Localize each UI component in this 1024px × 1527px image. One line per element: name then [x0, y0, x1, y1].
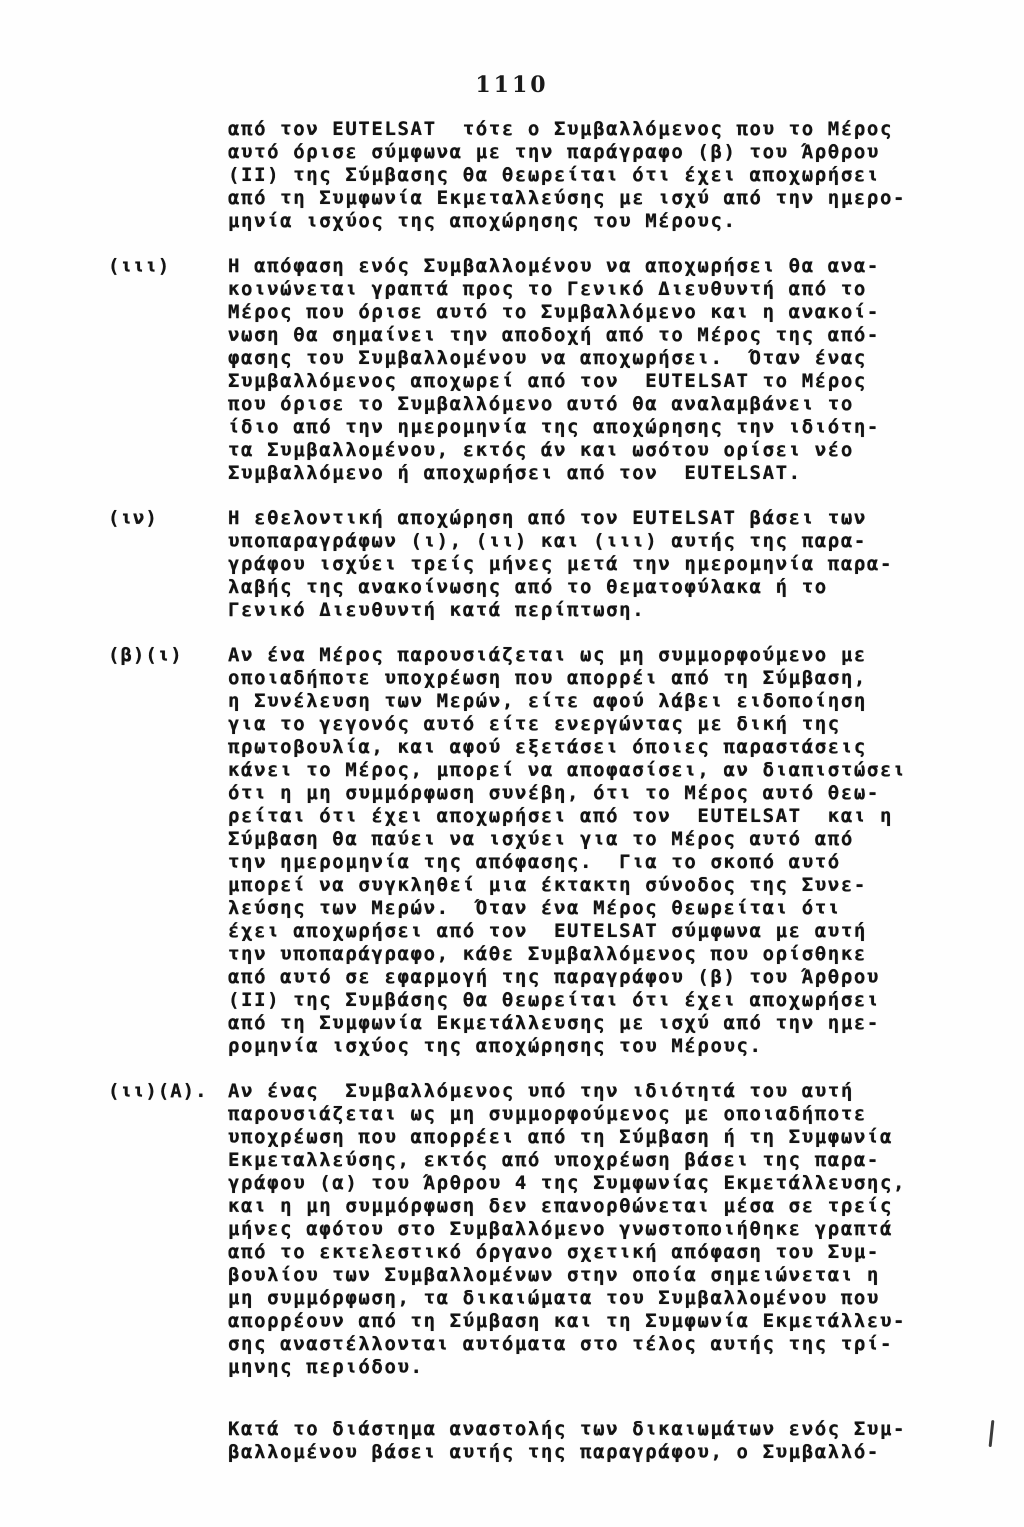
paragraph-block: (ιν)Η εθελοντική αποχώρηση από τον EUTEL… — [0, 507, 1024, 622]
text-line: γράφου ισχύει τρείς μήνες μετά την ημερο… — [228, 553, 1024, 576]
text-line: η Συνέλευση των Μερών, είτε αφού λάβει ε… — [228, 690, 1024, 713]
text-line: από το εκτελεστικό όργανο σχετική απόφασ… — [228, 1241, 1024, 1264]
paragraph-block: (ιι)(Α).Αν ένας Συμβαλλόμενος υπό την ιδ… — [0, 1080, 1024, 1379]
text-line: παρουσιάζεται ως μη συμμορφούμενος με οπ… — [228, 1103, 1024, 1126]
text-line: μηνης περιόδου. — [228, 1356, 1024, 1379]
text-line: ίδιο από την ημερομηνία της αποχώρησης τ… — [228, 416, 1024, 439]
text-line: μήνες αφότου στο Συμβαλλόμενο γνωστοποιή… — [228, 1218, 1024, 1241]
text-line: απορρέουν από τη Σύμβαση και τη Συμφωνία… — [228, 1310, 1024, 1333]
page-content: από τον EUTELSAT τότε ο Συμβαλλόμενος πο… — [0, 118, 1024, 1486]
text-line: Συμβαλλόμενο ή αποχωρήσει από τον EUTELS… — [228, 462, 1024, 485]
paragraph-text: Κατά το διάστημα αναστολής των δικαιωμάτ… — [228, 1418, 1024, 1464]
text-line: βαλλομένου βάσει αυτής της παραγράφου, ο… — [228, 1441, 1024, 1464]
text-line: ρομηνία ισχύος της αποχώρησης του Μέρους… — [228, 1035, 1024, 1058]
text-line: την ημερομηνία της απόφασης. Για το σκοπ… — [228, 851, 1024, 874]
text-line: οποιαδήποτε υποχρέωση που απορρέι από τη… — [228, 667, 1024, 690]
text-line: από αυτό σε εφαρμογή της παραγράφου (β) … — [228, 966, 1024, 989]
text-line: μηνία ισχύος της αποχώρησης του Μέρους. — [228, 210, 1024, 233]
text-line: τα Συμβαλλομένου, εκτός άν και ωσότου ορ… — [228, 439, 1024, 462]
text-line: Κατά το διάστημα αναστολής των δικαιωμάτ… — [228, 1418, 1024, 1441]
text-line: που όρισε το Συμβαλλόμενο αυτό θα αναλαμ… — [228, 393, 1024, 416]
paragraph-text: Αν ένα Μέρος παρουσιάζεται ως μη συμμορφ… — [228, 644, 1024, 1058]
text-line: γράφου (α) του Άρθρου 4 της Συμφωνίας Εκ… — [228, 1172, 1024, 1195]
paragraph-block: από τον EUTELSAT τότε ο Συμβαλλόμενος πο… — [0, 118, 1024, 233]
text-line: την υποπαράγραφο, κάθε Συμβαλλόμενος που… — [228, 943, 1024, 966]
paragraph-label: (ιι)(Α). — [108, 1080, 208, 1103]
text-line: υποπαραγράφων (ι), (ιι) και (ιιι) αυτής … — [228, 530, 1024, 553]
text-line: λεύσης των Μερών. Όταν ένα Μέρος θεωρείτ… — [228, 897, 1024, 920]
text-line: κοινώνεται γραπτά προς το Γενικό Διευθυν… — [228, 278, 1024, 301]
paragraph-block: Κατά το διάστημα αναστολής των δικαιωμάτ… — [0, 1418, 1024, 1464]
paragraph-text: Η εθελοντική αποχώρηση από τον EUTELSAT … — [228, 507, 1024, 622]
paragraph-label: (ιιι) — [108, 255, 170, 278]
paragraph-label: (ιν) — [108, 507, 158, 530]
text-line: μη συμμόρφωση, τα δικαιώματα του Συμβαλλ… — [228, 1287, 1024, 1310]
paragraph-text: Η απόφαση ενός Συμβαλλομένου να αποχωρήσ… — [228, 255, 1024, 485]
paragraph-text: Αν ένας Συμβαλλόμενος υπό την ιδιότητά τ… — [228, 1080, 1024, 1379]
text-line: Συμβαλλόμενος αποχωρεί από τον EUTELSAT … — [228, 370, 1024, 393]
text-line: Η εθελοντική αποχώρηση από τον EUTELSAT … — [228, 507, 1024, 530]
text-line: Αν ένα Μέρος παρουσιάζεται ως μη συμμορφ… — [228, 644, 1024, 667]
text-line: Εκμεταλλεύσης, εκτός από υποχρέωση βάσει… — [228, 1149, 1024, 1172]
text-line: φασης του Συμβαλλομένου να αποχωρήσει. Ό… — [228, 347, 1024, 370]
text-line: έχει αποχωρήσει από τον EUTELSAT σύμφωνα… — [228, 920, 1024, 943]
text-line: ότι η μη συμμόρφωση συνέβη, ότι το Μέρος… — [228, 782, 1024, 805]
text-line: πρωτοβουλία, και αφού εξετάσει όποιες πα… — [228, 736, 1024, 759]
text-line: (II) της Συμβάσης θα θεωρείται ότι έχει … — [228, 989, 1024, 1012]
paragraph-block: (ιιι)Η απόφαση ενός Συμβαλλομένου να απο… — [0, 255, 1024, 485]
document-page: 1110 από τον EUTELSAT τότε ο Συμβαλλόμεν… — [0, 0, 1024, 1527]
text-line: Αν ένας Συμβαλλόμενος υπό την ιδιότητά τ… — [228, 1080, 1024, 1103]
text-line: από τη Συμφωνία Εκμετάλλευσης με ισχύ απ… — [228, 1012, 1024, 1035]
text-line: από τον EUTELSAT τότε ο Συμβαλλόμενος πο… — [228, 118, 1024, 141]
text-line: Γενικό Διευθυντή κατά περίπτωση. — [228, 599, 1024, 622]
text-line: αυτό όρισε σύμφωνα με την παράγραφο (β) … — [228, 141, 1024, 164]
text-line: μπορεί να συγκληθεί μια έκτακτη σύνοδος … — [228, 874, 1024, 897]
text-line: (II) της Σύμβασης θα θεωρείται ότι έχει … — [228, 164, 1024, 187]
paragraph-label: (β)(ι) — [108, 644, 183, 667]
text-line: λαβής της ανακοίνωσης από το θεματοφύλακ… — [228, 576, 1024, 599]
text-line: ρείται ότι έχει αποχωρήσει από τον EUTEL… — [228, 805, 1024, 828]
text-line: Η απόφαση ενός Συμβαλλομένου να αποχωρήσ… — [228, 255, 1024, 278]
text-line: κάνει το Μέρος, μπορεί να αποφασίσει, αν… — [228, 759, 1024, 782]
text-line: από τη Συμφωνία Εκμεταλλεύσης με ισχύ απ… — [228, 187, 1024, 210]
text-line: βουλίου των Συμβαλλομένων στην οποία σημ… — [228, 1264, 1024, 1287]
text-line: για το γεγονός αυτό είτε ενεργώντας με δ… — [228, 713, 1024, 736]
text-line: Μέρος που όρισε αυτό το Συμβαλλόμενο και… — [228, 301, 1024, 324]
text-line: υποχρέωση που απορρέει από τη Σύμβαση ή … — [228, 1126, 1024, 1149]
text-line: σης αναστέλλονται αυτόματα στο τέλος αυτ… — [228, 1333, 1024, 1356]
paragraph-block: (β)(ι)Αν ένα Μέρος παρουσιάζεται ως μη σ… — [0, 644, 1024, 1058]
text-line: Σύμβαση θα παύει να ισχύει για το Μέρος … — [228, 828, 1024, 851]
text-line: νωση θα σημαίνει την αποδοχή από το Μέρο… — [228, 324, 1024, 347]
text-line: και η μη συμμόρφωση δεν επανορθώνεται μέ… — [228, 1195, 1024, 1218]
paragraph-text: από τον EUTELSAT τότε ο Συμβαλλόμενος πο… — [228, 118, 1024, 233]
page-number: 1110 — [0, 72, 1024, 98]
